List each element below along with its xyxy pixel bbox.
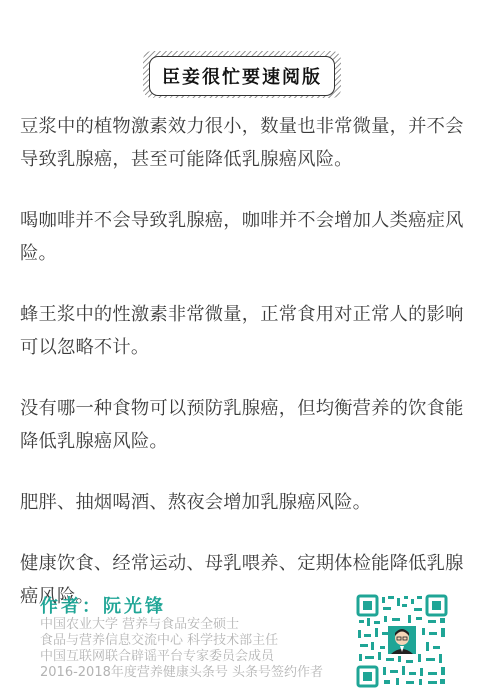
summary-paragraph-3: 蜂王浆中的性激素非常微量，正常食用对正常人的影响可以忽略不计。 xyxy=(20,298,465,364)
author-name: 作者：阮光锋 xyxy=(40,592,166,618)
author-footer: 作者：阮光锋 中国农业大学 营养与食品安全硕士 食品与营养信息交流中心 科学技术… xyxy=(0,590,480,693)
author-credential-2: 食品与营养信息交流中心 科学技术部主任 xyxy=(40,634,278,648)
summary-paragraph-5: 肥胖、抽烟喝酒、熬夜会增加乳腺癌风险。 xyxy=(20,486,465,519)
author-credential-4: 2016-2018年度营养健康头条号 头条号签约作者 xyxy=(40,666,323,680)
summary-paragraph-2: 喝咖啡并不会导致乳腺癌，咖啡并不会增加人类癌症风险。 xyxy=(20,204,465,270)
title-badge-label: 臣妾很忙要速阅版 xyxy=(162,63,322,89)
title-badge: 臣妾很忙要速阅版 xyxy=(149,56,335,96)
author-credential-1: 中国农业大学 营养与食品安全硕士 xyxy=(40,618,239,632)
summary-content: 豆浆中的植物激素效力很小，数量也非常微量，并不会导致乳腺癌，甚至可能降低乳腺癌风… xyxy=(20,110,465,641)
summary-paragraph-4: 没有哪一种食物可以预防乳腺癌，但均衡营养的饮食能降低乳腺癌风险。 xyxy=(20,392,465,458)
summary-paragraph-1: 豆浆中的植物激素效力很小，数量也非常微量，并不会导致乳腺癌，甚至可能降低乳腺癌风… xyxy=(20,110,465,176)
qr-code-with-avatar-icon[interactable] xyxy=(356,594,448,688)
author-credential-3: 中国互联网联合辟谣平台专家委员会成员 xyxy=(40,650,274,664)
